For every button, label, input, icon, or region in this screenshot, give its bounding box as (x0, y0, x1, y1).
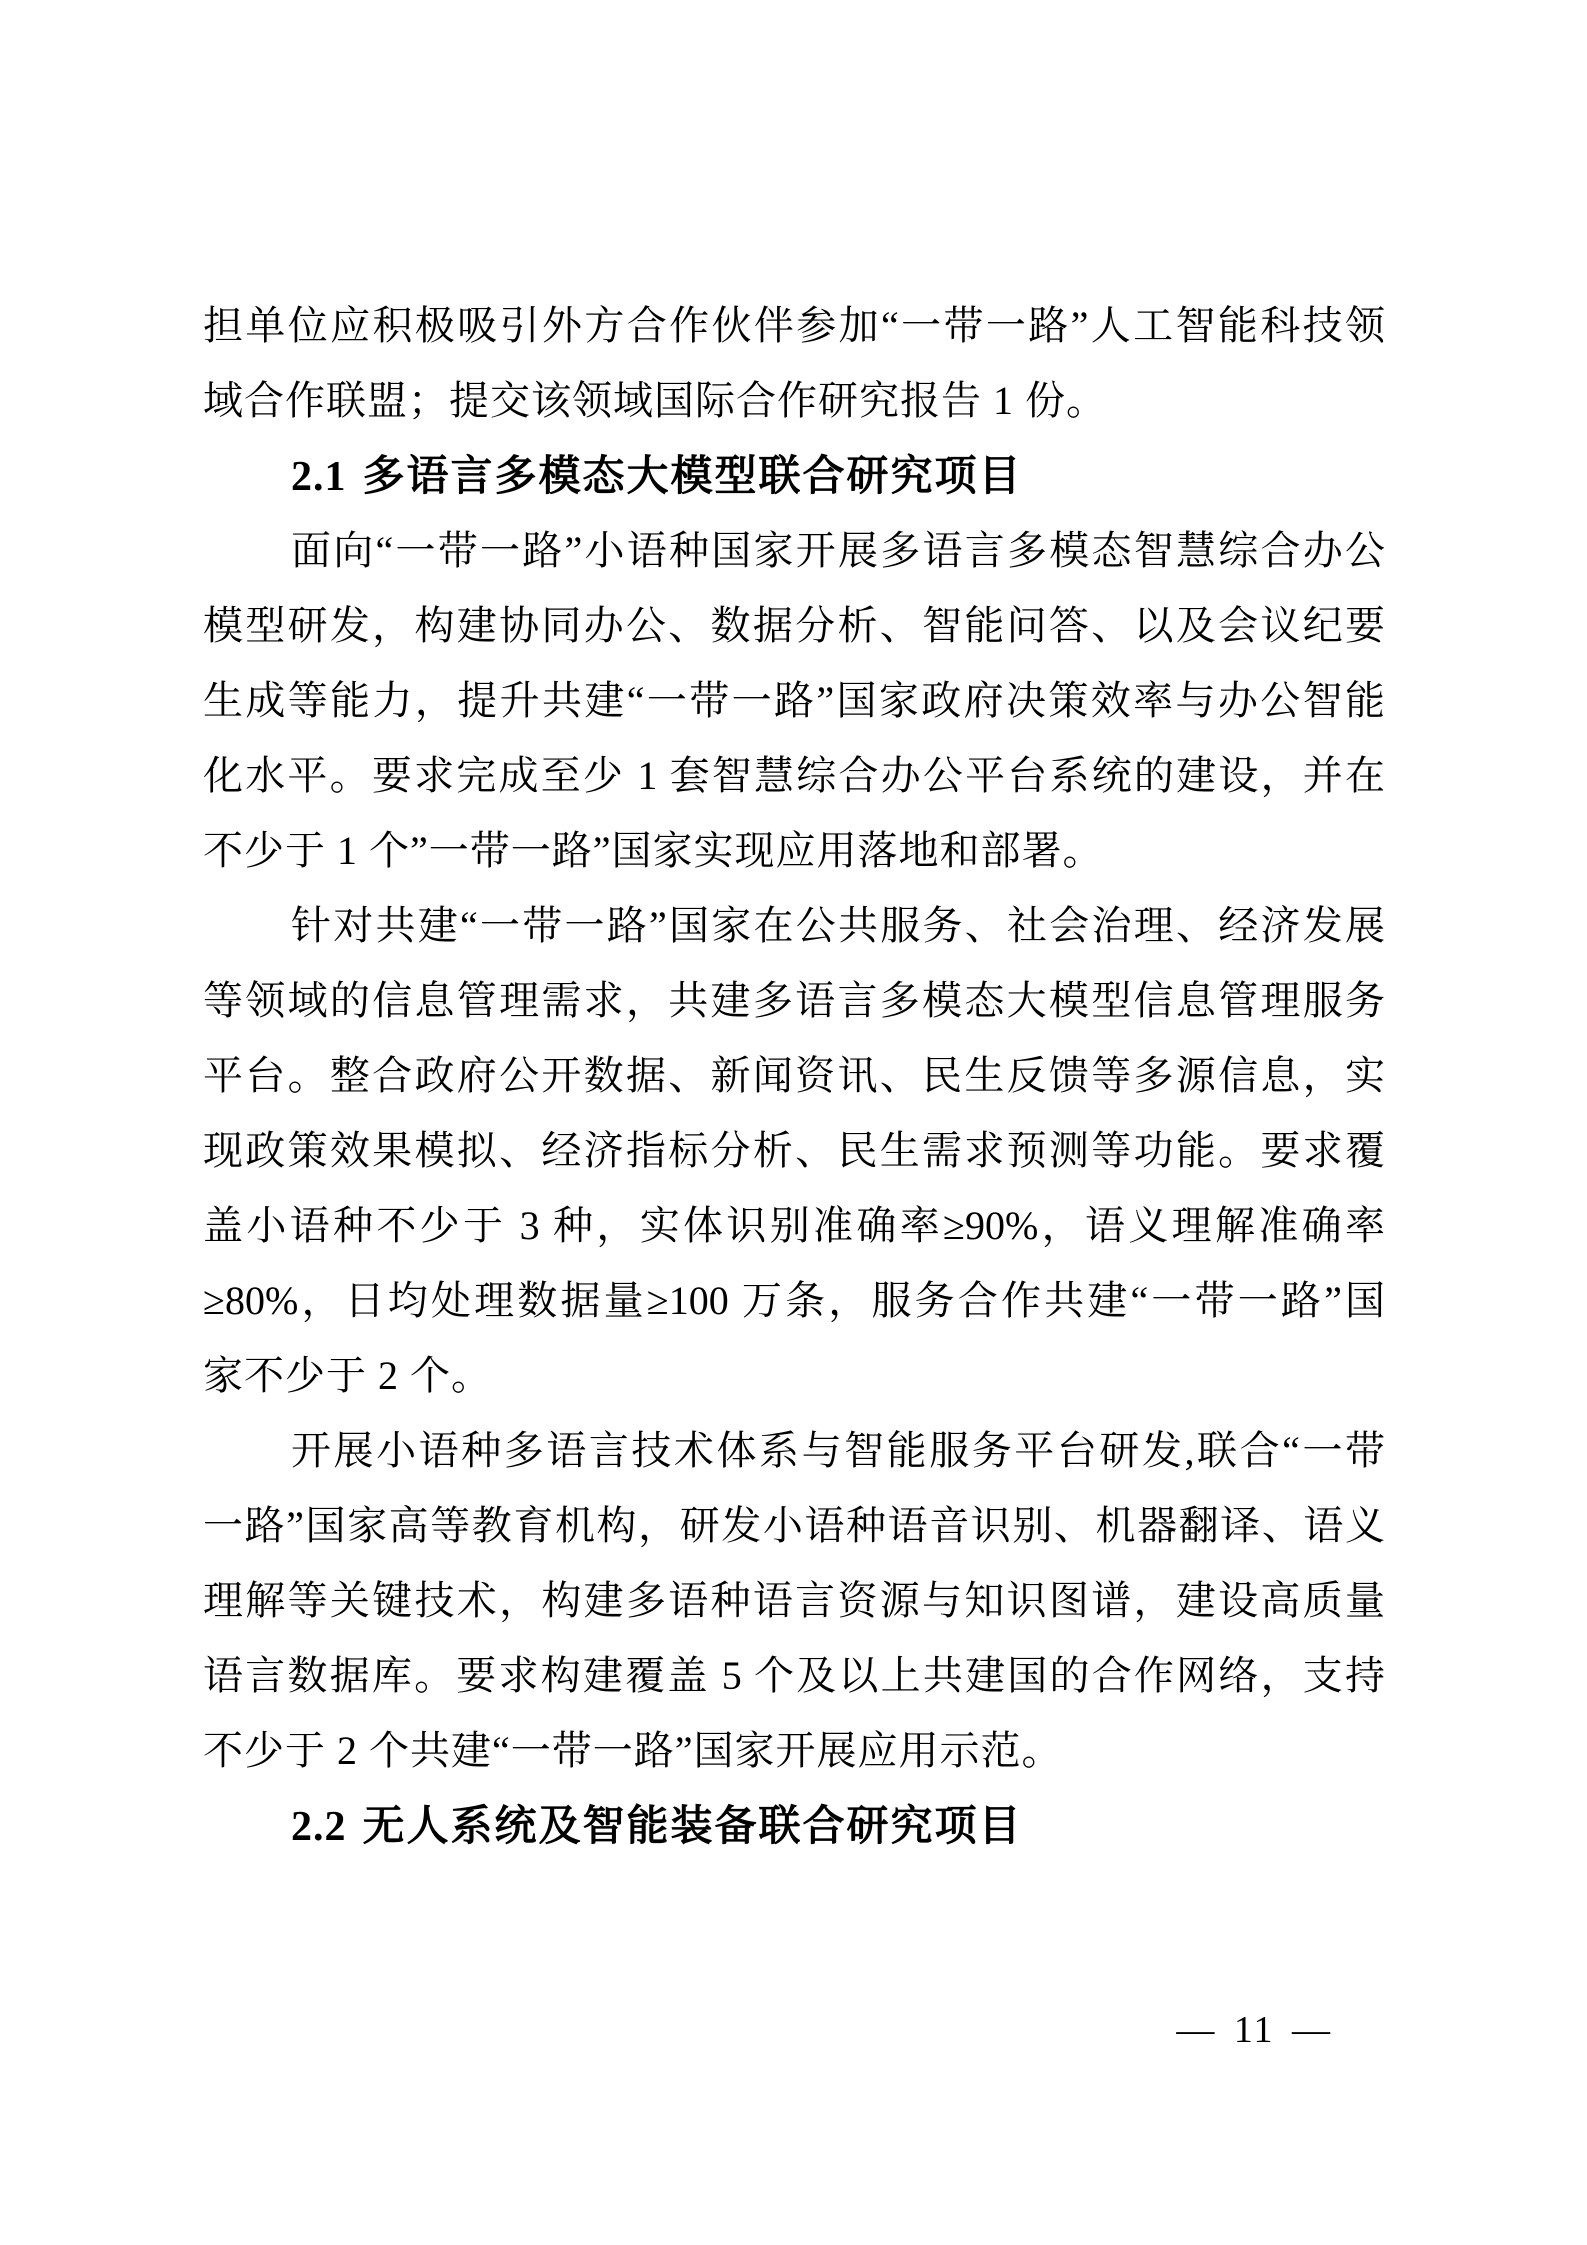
page-number: — 11 — (1176, 2000, 1332, 2060)
body-line-18: 理解等关键技术，构建多语种语言资源与知识图谱，建设高质量 (203, 1563, 1385, 1638)
body-line-10: 等领域的信息管理需求，共建多语言多模态大模型信息管理服务 (203, 963, 1385, 1038)
body-line-6: 生成等能力，提升共建“一带一路”国家政府决策效率与办公智能 (203, 663, 1385, 738)
section-number: 2.1 (291, 454, 347, 500)
section-heading-2-1: 2.1多语言多模态大模型联合研究项目 (203, 438, 1385, 513)
body-line-13: 盖小语种不少于 3 种，实体识别准确率≥90%，语义理解准确率 (203, 1188, 1385, 1263)
body-line-15: 家不少于 2 个。 (203, 1338, 1385, 1413)
body-line-11: 平台。整合政府公开数据、新闻资讯、民生反馈等多源信息，实 (203, 1038, 1385, 1113)
document-page: 担单位应积极吸引外方合作伙伴参加“一带一路”人工智能科技领 域合作联盟；提交该领… (0, 0, 1587, 2245)
body-line-2: 域合作联盟；提交该领域国际合作研究报告 1 份。 (203, 363, 1385, 438)
body-line-19: 语言数据库。要求构建覆盖 5 个及以上共建国的合作网络，支持 (203, 1638, 1385, 1713)
body-line-7: 化水平。要求完成至少 1 套智慧综合办公平台系统的建设，并在 (203, 738, 1385, 813)
section-title: 无人系统及智能装备联合研究项目 (363, 1802, 1023, 1849)
paragraph-start-line: 针对共建“一带一路”国家在公共服务、社会治理、经济发展 (203, 888, 1385, 963)
body-line-17: 一路”国家高等教育机构，研发小语种语音识别、机器翻译、语义 (203, 1488, 1385, 1563)
paragraph-start-line: 面向“一带一路”小语种国家开展多语言多模态智慧综合办公 (203, 513, 1385, 588)
body-line-5: 模型研发，构建协同办公、数据分析、智能问答、以及会议纪要 (203, 588, 1385, 663)
paragraph-start-line: 开展小语种多语言技术体系与智能服务平台研发,联合“一带 (203, 1413, 1385, 1488)
body-line-1: 担单位应积极吸引外方合作伙伴参加“一带一路”人工智能科技领 (203, 288, 1385, 363)
body-line-14: ≥80%，日均处理数据量≥100 万条，服务合作共建“一带一路”国 (203, 1263, 1385, 1338)
section-number: 2.2 (291, 1804, 347, 1850)
body-line-20: 不少于 2 个共建“一带一路”国家开展应用示范。 (203, 1713, 1385, 1788)
body-line-8: 不少于 1 个”一带一路”国家实现应用落地和部署。 (203, 813, 1385, 888)
document-body: 担单位应积极吸引外方合作伙伴参加“一带一路”人工智能科技领 域合作联盟；提交该领… (203, 288, 1385, 1863)
body-line-12: 现政策效果模拟、经济指标分析、民生需求预测等功能。要求覆 (203, 1113, 1385, 1188)
section-heading-2-2: 2.2无人系统及智能装备联合研究项目 (203, 1788, 1385, 1863)
section-title: 多语言多模态大模型联合研究项目 (363, 452, 1023, 499)
